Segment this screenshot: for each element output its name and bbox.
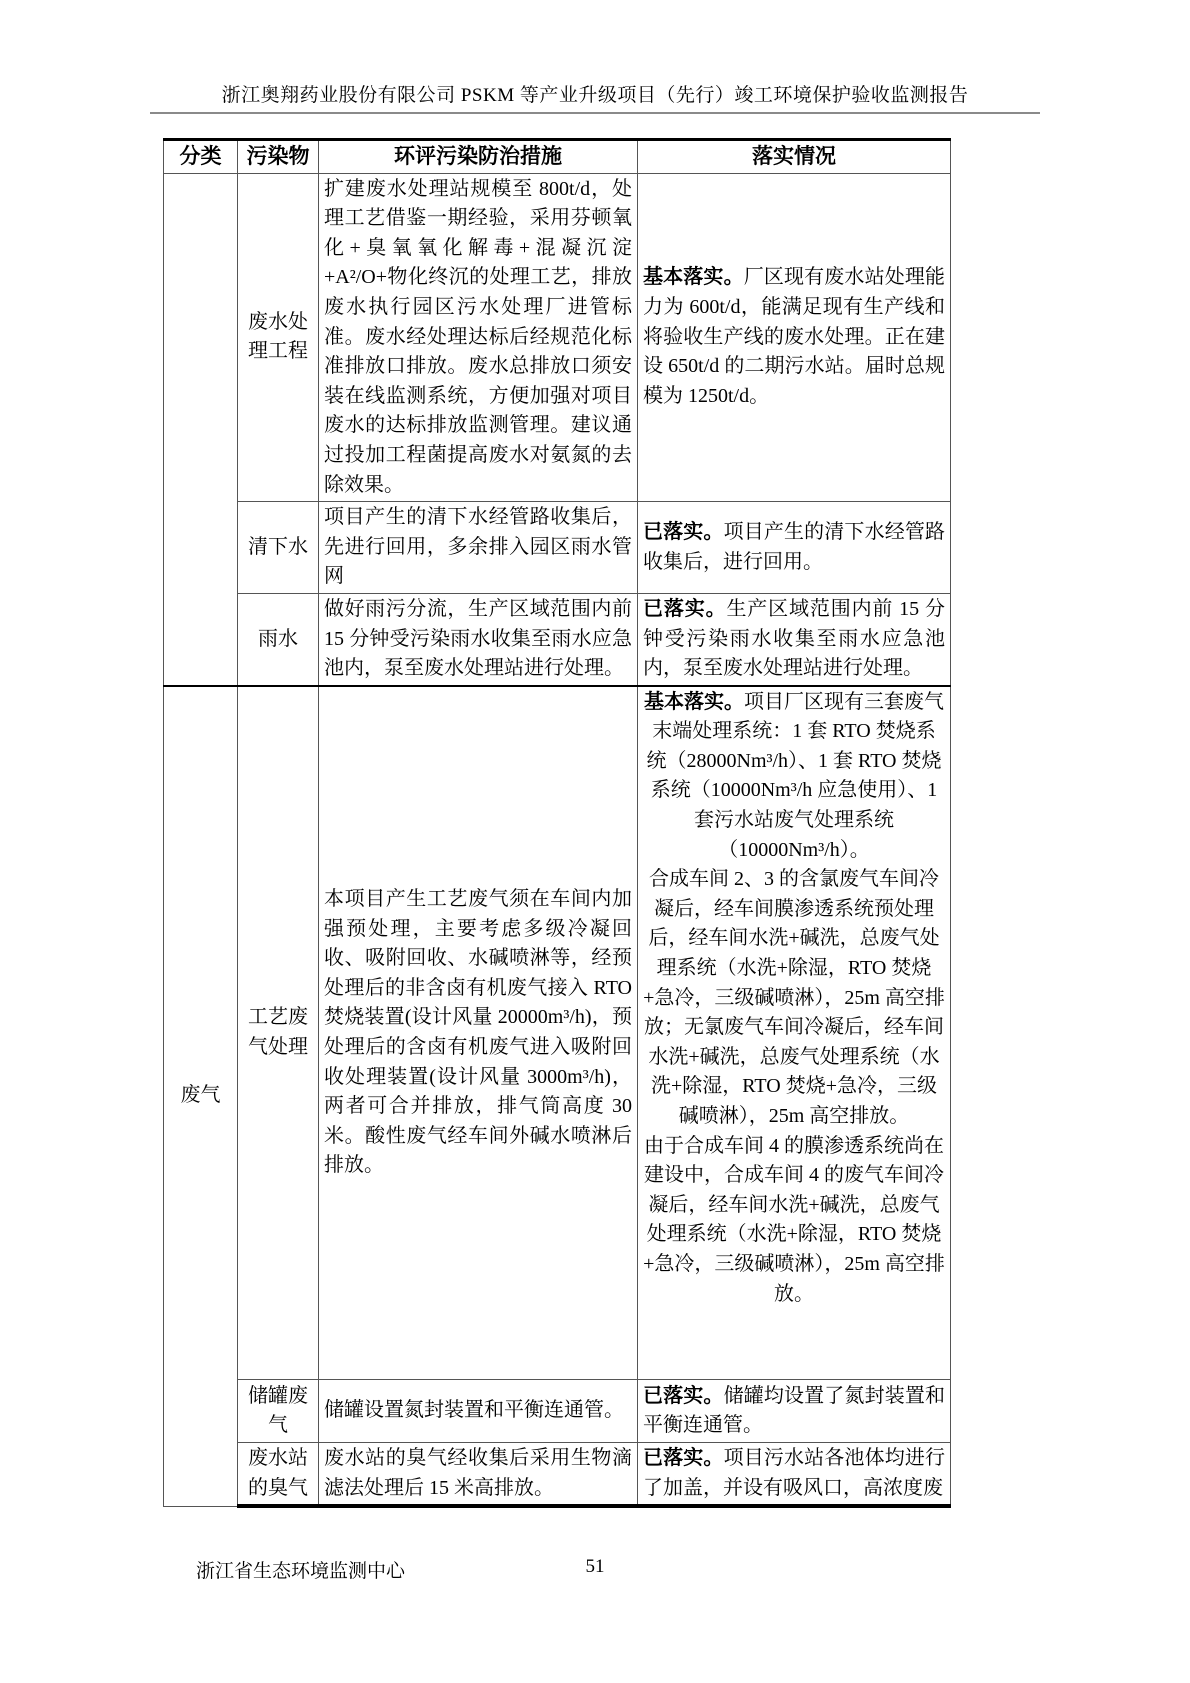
pollutant-cell: 废水处理工程 [238, 173, 319, 502]
measures-cell: 储罐设置氮封装置和平衡连通管。 [319, 1380, 638, 1443]
table-row: 废气 工艺废气处理 本项目产生工艺废气须在车间内加强预处理，主要考虑多级冷凝回收… [164, 686, 951, 1380]
pollutant-cell: 废水站的臭气 [238, 1443, 319, 1507]
implementation-paragraph: 基本落实。项目厂区现有三套废气末端处理系统：1 套 RTO 焚烧系统（28000… [643, 688, 945, 866]
pollutant-cell: 工艺废气处理 [238, 686, 319, 1380]
category-cell-waste-gas: 废气 [164, 686, 238, 1507]
pollutant-cell: 储罐废气 [238, 1380, 319, 1443]
measures-cell: 项目产生的清下水经管路收集后，先进行回用，多余排入园区雨水管网 [319, 502, 638, 594]
measures-cell: 做好雨污分流，生产区域范围内前 15 分钟受污染雨水收集至雨水应急池内，泵至废水… [319, 593, 638, 685]
table-header: 分类 污染物 环评污染防治措施 落实情况 [164, 140, 951, 174]
table-row: 废水站的臭气 废水站的臭气经收集后采用生物滴滤法处理后 15 米高排放。 已落实… [164, 1443, 951, 1507]
implementation-status: 已落实。 [643, 1447, 724, 1469]
page-number: 51 [0, 1556, 1190, 1578]
page-footer: 51 浙江省生态环境监测中心 [0, 1556, 1190, 1582]
implementation-cell: 基本落实。项目厂区现有三套废气末端处理系统：1 套 RTO 焚烧系统（28000… [638, 686, 951, 1380]
measures-cell: 废水站的臭气经收集后采用生物滴滤法处理后 15 米高排放。 [319, 1443, 638, 1507]
pollutant-cell: 雨水 [238, 593, 319, 685]
header-rule [150, 112, 1040, 114]
measures-cell: 扩建废水处理站规模至 800t/d，处理工艺借鉴一期经验，采用芬顿氧化+臭氧氧化… [319, 173, 638, 502]
measures-implementation-table: 分类 污染物 环评污染防治措施 落实情况 废水处理工程 扩建废水处理站规模至 8… [163, 138, 951, 1508]
implementation-cell: 已落实。项目污水站各池体均进行了加盖，并设有吸风口，高浓度废 [638, 1443, 951, 1507]
category-cell-wastewater [164, 173, 238, 686]
document-page: 浙江奥翔药业股份有限公司 PSKM 等产业升级项目（先行）竣工环境保护验收监测报… [0, 0, 1190, 1683]
implementation-cell: 已落实。储罐均设置了氮封装置和平衡连通管。 [638, 1380, 951, 1443]
implementation-paragraph: 由于合成车间 4 的膜渗透系统尚在建设中，合成车间 4 的废气车间冷凝后，经车间… [643, 1132, 945, 1310]
implementation-status: 已落实。 [643, 1385, 724, 1407]
implementation-status: 基本落实。 [643, 266, 744, 288]
implementation-status: 已落实。 [643, 598, 726, 620]
implementation-status: 已落实。 [643, 521, 724, 543]
implementation-cell: 基本落实。厂区现有废水站处理能力为 600t/d，能满足现有生产线和将验收生产线… [638, 173, 951, 502]
measures-text: 废水站的臭气经收集后采用生物滴滤法处理后 15 米高排放。 [324, 1444, 632, 1503]
header-implementation: 落实情况 [638, 140, 951, 174]
implementation-paragraph: 合成车间 2、3 的含氯废气车间冷凝后，经车间膜渗透系统预处理后，经车间水洗+碱… [643, 865, 945, 1131]
table-row: 雨水 做好雨污分流，生产区域范围内前 15 分钟受污染雨水收集至雨水应急池内，泵… [164, 593, 951, 685]
table-header-row: 分类 污染物 环评污染防治措施 落实情况 [164, 140, 951, 174]
measures-cell: 本项目产生工艺废气须在车间内加强预处理，主要考虑多级冷凝回收、吸附回收、水碱喷淋… [319, 686, 638, 1380]
implementation-cell: 已落实。生产区域范围内前 15 分钟受污染雨水收集至雨水应急池内，泵至废水处理站… [638, 593, 951, 685]
header-category: 分类 [164, 140, 238, 174]
header-measures: 环评污染防治措施 [319, 140, 638, 174]
table-row: 废水处理工程 扩建废水处理站规模至 800t/d，处理工艺借鉴一期经验，采用芬顿… [164, 173, 951, 502]
implementation-text: 项目厂区现有三套废气末端处理系统：1 套 RTO 焚烧系统（28000Nm³/h… [647, 691, 945, 861]
implementation-cell: 已落实。项目产生的清下水经管路收集后，进行回用。 [638, 502, 951, 594]
table-row: 储罐废气 储罐设置氮封装置和平衡连通管。 已落实。储罐均设置了氮封装置和平衡连通… [164, 1380, 951, 1443]
pollutant-cell: 清下水 [238, 502, 319, 594]
footer-organization: 浙江省生态环境监测中心 [196, 1556, 405, 1583]
page-header-title: 浙江奥翔药业股份有限公司 PSKM 等产业升级项目（先行）竣工环境保护验收监测报… [150, 80, 1040, 107]
table-row: 清下水 项目产生的清下水经管路收集后，先进行回用，多余排入园区雨水管网 已落实。… [164, 502, 951, 594]
header-pollutant: 污染物 [238, 140, 319, 174]
implementation-status: 基本落实。 [644, 691, 744, 713]
